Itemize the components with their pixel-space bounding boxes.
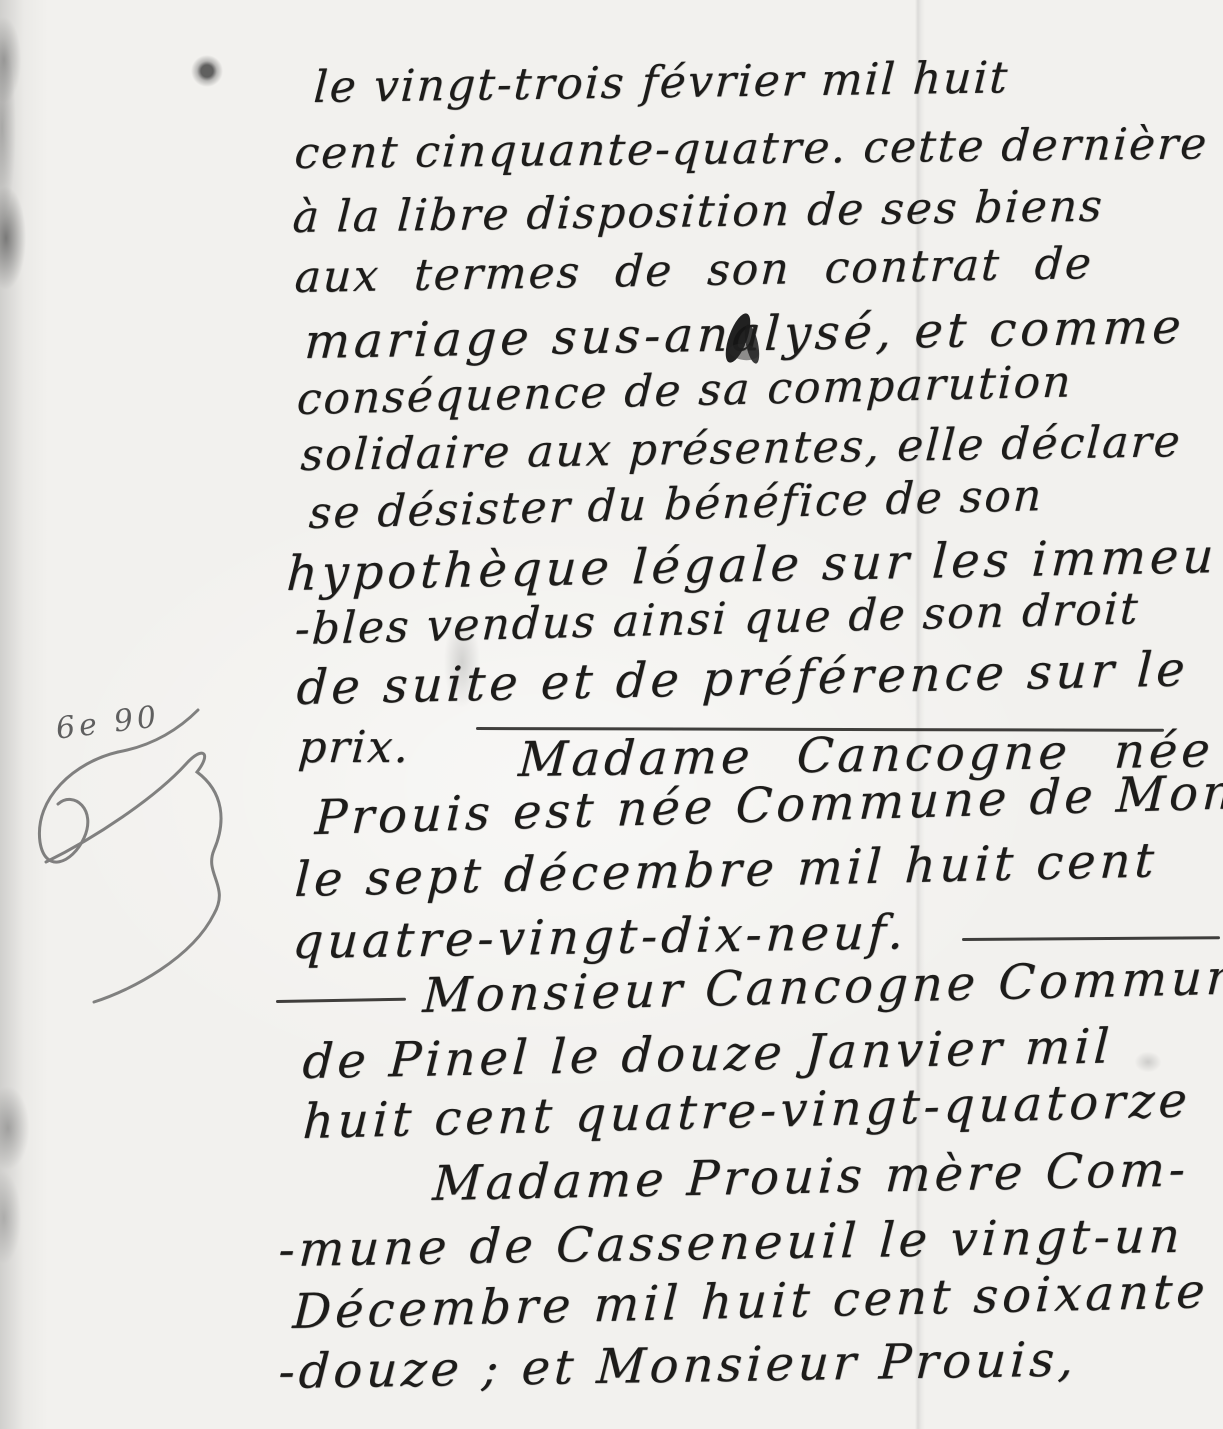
manuscript-line: -douze ; et Monsieur Prouis, — [277, 1333, 1079, 1398]
manuscript-line: Madame Prouis mère Com- — [431, 1143, 1190, 1210]
manuscript-line: le sept décembre mil huit cent — [294, 834, 1160, 906]
separator-rule — [276, 998, 406, 1003]
manuscript-line: conséquence de sa comparution — [296, 358, 1074, 424]
manuscript-line: prix. — [297, 724, 412, 772]
manuscript-line: se désister du bénéfice de son — [308, 472, 1044, 538]
manuscript-line: solidaire aux présentes, elle déclare — [299, 418, 1183, 480]
margin-annotation: 6e 90 — [54, 699, 162, 746]
manuscript-line: aux termes de son contrat de — [293, 240, 1094, 302]
manuscript-line: de suite et de préférence sur le — [295, 643, 1190, 715]
margin-paraph-flourish — [39, 710, 221, 1002]
manuscript-line: cent cinquante-quatre. cette dernière — [293, 120, 1210, 178]
manuscript-line: Décembre mil huit cent soixante — [292, 1265, 1210, 1339]
separator-rule — [962, 936, 1220, 941]
manuscript-line: à la libre disposition de ses biens — [291, 183, 1105, 243]
document-page: le vingt-trois février mil huit cent cin… — [0, 0, 1223, 1429]
manuscript-line: le vingt-trois février mil huit — [312, 54, 1010, 112]
